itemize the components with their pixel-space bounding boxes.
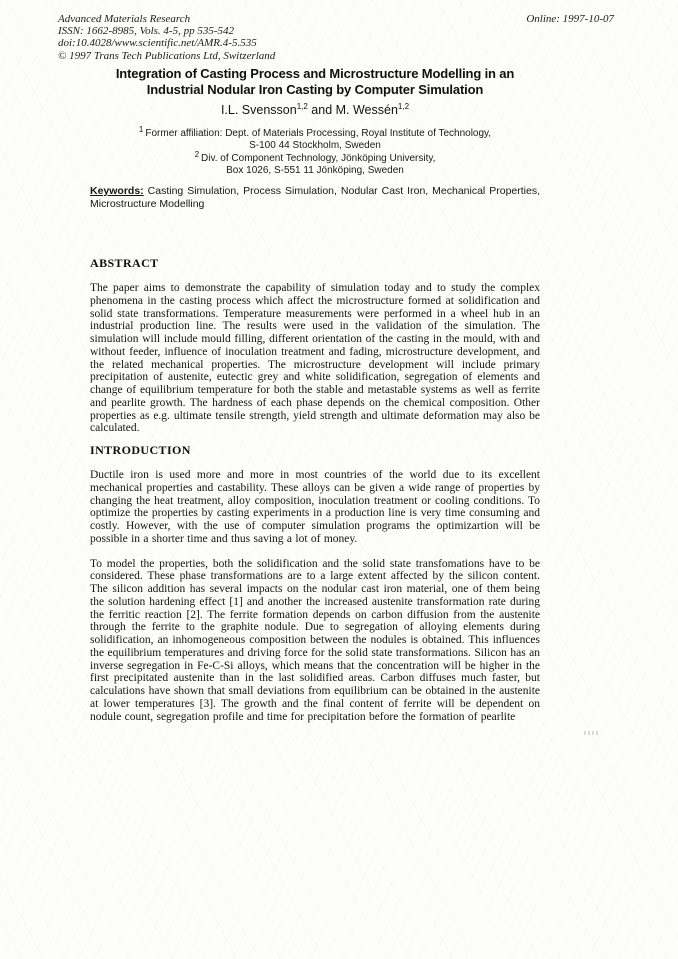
introduction-paragraph-2: To model the properties, both the solidi… bbox=[90, 558, 540, 724]
author-2-affil-ref: 1,2 bbox=[398, 102, 409, 111]
online-date: Online: 1997-10-07 bbox=[526, 13, 614, 25]
author-1-name: I.L. Svensson bbox=[221, 103, 297, 117]
affiliation-2-text: Div. of Component Technology, Jönköping … bbox=[201, 153, 435, 164]
keywords-label: Keywords: bbox=[90, 185, 144, 197]
abstract-paragraph: The paper aims to demonstrate the capabi… bbox=[90, 282, 540, 435]
introduction-section: INTRODUCTION Ductile iron is used more a… bbox=[90, 443, 540, 723]
affiliation-1-line1: 1Former affiliation: Dept. of Materials … bbox=[90, 128, 540, 140]
affiliation-2-line1: 2Div. of Component Technology, Jönköping… bbox=[90, 153, 540, 165]
affiliation-2: 2Div. of Component Technology, Jönköping… bbox=[90, 153, 540, 178]
journal-title: Advanced Materials Research bbox=[58, 13, 275, 25]
authors-line: I.L. Svensson1,2 and M. Wessén1,2 bbox=[90, 103, 540, 117]
affiliation-1-text: Former affiliation: Dept. of Materials P… bbox=[145, 128, 491, 139]
affiliation-2-marker: 2 bbox=[195, 150, 199, 159]
affiliation-1-line2: S-100 44 Stockholm, Sweden bbox=[90, 140, 540, 152]
affiliation-1-marker: 1 bbox=[139, 125, 143, 134]
paper-page: Advanced Materials Research ISSN: 1662-8… bbox=[0, 0, 678, 959]
scan-smudge-artifact bbox=[584, 731, 600, 735]
introduction-paragraph-1: Ductile iron is used more and more in mo… bbox=[90, 469, 540, 546]
paper-title-line1: Integration of Casting Process and Micro… bbox=[116, 66, 514, 81]
abstract-heading: ABSTRACT bbox=[90, 256, 540, 271]
author-2-name: M. Wessén bbox=[336, 103, 398, 117]
journal-copyright-line: © 1997 Trans Tech Publications Ltd, Swit… bbox=[58, 50, 275, 62]
journal-info-block: Advanced Materials Research ISSN: 1662-8… bbox=[58, 13, 275, 62]
paper-title-line2: Industrial Nodular Iron Casting by Compu… bbox=[147, 82, 483, 97]
affiliation-2-line2: Box 1026, S-551 11 Jönköping, Sweden bbox=[90, 165, 540, 177]
keywords-block: Keywords: Casting Simulation, Process Si… bbox=[90, 185, 540, 210]
introduction-heading: INTRODUCTION bbox=[90, 443, 540, 458]
author-1-affil-ref: 1,2 bbox=[297, 102, 308, 111]
abstract-section: ABSTRACT The paper aims to demonstrate t… bbox=[90, 256, 540, 435]
affiliation-1: 1Former affiliation: Dept. of Materials … bbox=[90, 128, 540, 153]
keywords-text: Casting Simulation, Process Simulation, … bbox=[90, 185, 540, 210]
paper-title: Integration of Casting Process and Micro… bbox=[90, 66, 540, 97]
journal-doi-line: doi:10.4028/www.scientific.net/AMR.4-5.5… bbox=[58, 37, 275, 49]
journal-issn-line: ISSN: 1662-8985, Vols. 4-5, pp 535-542 bbox=[58, 25, 275, 37]
authors-connector: and bbox=[308, 103, 336, 117]
journal-header: Advanced Materials Research ISSN: 1662-8… bbox=[58, 13, 614, 62]
